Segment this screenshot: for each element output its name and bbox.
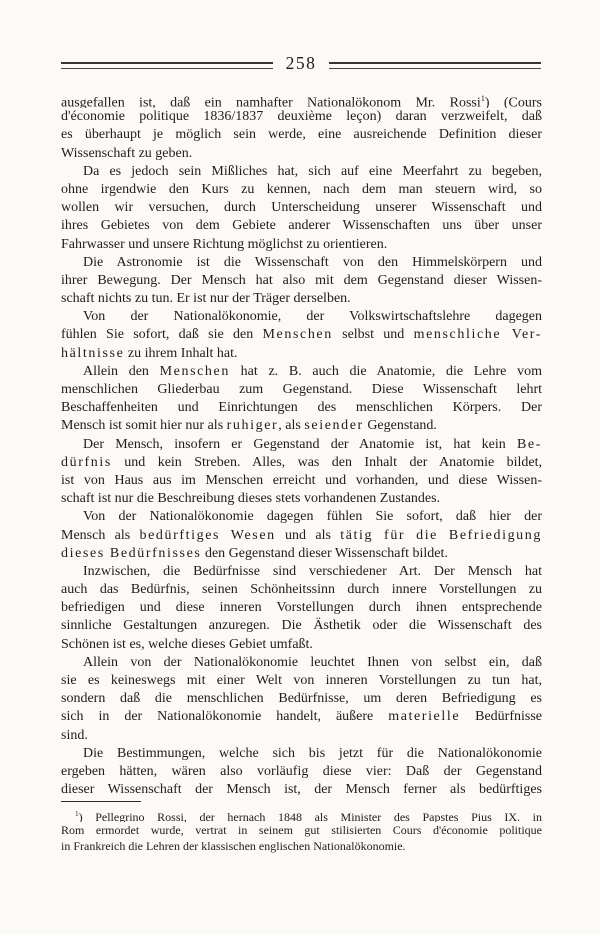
text-segment: Der Mensch, insofern er Gegenstand der A… xyxy=(83,437,517,452)
text-segment: und kein Streben. Alles, was den Inhalt … xyxy=(112,455,542,470)
running-head: 258 xyxy=(61,54,541,76)
text-line: Schönen ist es, welche dieses Gebiet umf… xyxy=(61,636,542,654)
text-segment: ausgefallen ist, daß ein namhafter Natio… xyxy=(61,96,481,109)
paragraph: 1) Pellegrino Rossi, der hernach 1848 al… xyxy=(61,806,542,855)
letterspaced-text: bedürftiges Wesen xyxy=(140,528,276,543)
text-segment: es überhaupt je möglich sein werde, eine… xyxy=(61,127,542,142)
text-segment: ihres Gebietes von dem Gebiete anderer W… xyxy=(61,218,542,233)
text-segment: ) (Cours xyxy=(485,96,542,109)
paragraph: Der Mensch, insofern er Gegenstand der A… xyxy=(61,436,542,509)
text-segment: und als xyxy=(276,528,341,543)
letterspaced-text: tätig für die Befriedigung xyxy=(340,528,542,543)
paragraph: ausgefallen ist, daß ein namhafter Natio… xyxy=(61,90,542,163)
text-segment: Beschaffenheiten und Einrichtungen des m… xyxy=(61,400,542,415)
text-segment: menschlichen Gliederbau zum Gegenstand. … xyxy=(61,382,542,397)
paragraph: Inzwischen, die Bedürfnisse sind verschi… xyxy=(61,563,542,654)
text-line: Da es jedoch sein Mißliches hat, sich au… xyxy=(61,163,542,181)
text-segment: Wissenschaft zu geben. xyxy=(61,146,192,161)
text-segment: den Gegenstand dieser Wissenschaft bilde… xyxy=(201,546,447,561)
text-segment: ihrer Bewegung. Der Mensch hat also mit … xyxy=(61,273,542,288)
text-line: dieses Bedürfnisses den Gegenstand diese… xyxy=(61,545,542,563)
letterspaced-text: materielle xyxy=(388,709,460,724)
text-segment: Da es jedoch sein Mißliches hat, sich au… xyxy=(83,164,542,179)
paragraph: Die Astronomie ist die Wissenschaft von … xyxy=(61,254,542,309)
text-line: Fahrwasser und unsere Richtung möglichst… xyxy=(61,236,542,254)
text-line: Von der Nationalökonomie, der Volkswirts… xyxy=(61,308,542,326)
text-line: sinnliche Gestaltungen anzuregen. Die Äs… xyxy=(61,617,542,635)
text-line: Beschaffenheiten und Einrichtungen des m… xyxy=(61,399,542,417)
text-line: Rom ermordet wurde, vertrat in seinem gu… xyxy=(61,822,542,838)
paragraph: Da es jedoch sein Mißliches hat, sich au… xyxy=(61,163,542,254)
letterspaced-text: ruhiger xyxy=(227,418,279,433)
text-segment: Gegenstand. xyxy=(364,418,437,433)
letterspaced-text: Be- xyxy=(517,437,542,452)
text-segment: Bedürfnisse xyxy=(460,709,542,724)
text-segment: zu ihrem Inhalt hat. xyxy=(124,346,237,361)
text-line: sich in der Nationalökonomie handelt, äu… xyxy=(61,708,542,726)
header-rule-left xyxy=(61,62,273,69)
page-number: 258 xyxy=(286,55,317,75)
text-line: schaft nichts zu tun. Er ist nur der Trä… xyxy=(61,290,542,308)
text-segment: Fahrwasser und unsere Richtung möglichst… xyxy=(61,237,387,252)
text-line: hältnisse zu ihrem Inhalt hat. xyxy=(61,345,542,363)
letterspaced-text: dürfnis xyxy=(61,455,112,470)
paragraph: Von der Nationalökonomie, der Volkswirts… xyxy=(61,308,542,363)
text-line: schaft ist nur die Beschreibung dieses s… xyxy=(61,490,542,508)
text-line: sondern daß die menschlichen Bedürfnisse… xyxy=(61,690,542,708)
text-segment: Schönen ist es, welche dieses Gebiet umf… xyxy=(61,637,313,652)
text-line: fühlen Sie sofort, daß sie den Menschen … xyxy=(61,326,542,344)
text-segment: sinnliche Gestaltungen anzuregen. Die Äs… xyxy=(61,618,542,633)
text-line: ergeben hätten, wären also vorläufig die… xyxy=(61,763,542,781)
book-page: 258 ausgefallen ist, daß ein namhafter N… xyxy=(0,0,600,935)
text-segment: ist von Haus aus im Menschen erreicht un… xyxy=(61,473,542,488)
text-segment: befriedigen und diese inneren Vorstellun… xyxy=(61,600,542,615)
text-line: 1) Pellegrino Rossi, der hernach 1848 al… xyxy=(61,806,542,822)
text-line: menschlichen Gliederbau zum Gegenstand. … xyxy=(61,381,542,399)
text-line: sind. xyxy=(61,727,542,745)
text-line: Mensch ist somit hier nur als ruhiger, a… xyxy=(61,417,542,435)
letterspaced-text: dieses Bedürfnisses xyxy=(61,546,201,561)
text-line: Von der Nationalökonomie dagegen fühlen … xyxy=(61,508,542,526)
text-segment: schaft nichts zu tun. Er ist nur der Trä… xyxy=(61,291,351,306)
text-segment: sind. xyxy=(61,728,88,743)
text-line: Inzwischen, die Bedürfnisse sind verschi… xyxy=(61,563,542,581)
text-line: sie es keineswegs mit einer Welt von inn… xyxy=(61,672,542,690)
text-segment: ohne irgendwie den Kurs zu kennen, nach … xyxy=(61,182,542,197)
text-line: ausgefallen ist, daß ein namhafter Natio… xyxy=(61,90,542,108)
text-line: dürfnis und kein Streben. Alles, was den… xyxy=(61,454,542,472)
text-line: ihres Gebietes von dem Gebiete anderer W… xyxy=(61,217,542,235)
text-line: Die Bestimmungen, welche sich bis jetzt … xyxy=(61,745,542,763)
paragraph: Allein von der Nationalökonomie leuchtet… xyxy=(61,654,542,745)
text-segment: Die Astronomie ist die Wissenschaft von … xyxy=(83,255,542,270)
footnote-separator xyxy=(61,801,141,802)
text-segment: Rom ermordet wurde, vertrat in seinem gu… xyxy=(61,823,542,837)
letterspaced-text: hältnisse xyxy=(61,346,124,361)
text-segment: auch das Bedürfnis, seinen Schönheitssin… xyxy=(61,582,542,597)
text-line: es überhaupt je möglich sein werde, eine… xyxy=(61,126,542,144)
text-line: Wissenschaft zu geben. xyxy=(61,145,542,163)
text-line: d'économie politique 1836/1837 deuxième … xyxy=(61,108,542,126)
text-line: Die Astronomie ist die Wissenschaft von … xyxy=(61,254,542,272)
text-line: Allein den Menschen hat z. B. auch die A… xyxy=(61,363,542,381)
letterspaced-text: menschliche Ver- xyxy=(414,327,542,342)
text-line: ihrer Bewegung. Der Mensch hat also mit … xyxy=(61,272,542,290)
footnote: 1) Pellegrino Rossi, der hernach 1848 al… xyxy=(61,806,542,855)
text-segment: Von der Nationalökonomie dagegen fühlen … xyxy=(83,509,542,524)
paragraph: Von der Nationalökonomie dagegen fühlen … xyxy=(61,508,542,563)
text-line: auch das Bedürfnis, seinen Schönheitssin… xyxy=(61,581,542,599)
text-segment: sondern daß die menschlichen Bedürfnisse… xyxy=(61,691,542,706)
text-segment: Allein von der Nationalökonomie leuchtet… xyxy=(83,655,542,670)
letterspaced-text: seiender xyxy=(304,418,363,433)
text-line: wollen wir versuchen, durch Unterscheidu… xyxy=(61,199,542,217)
text-segment: Mensch ist somit hier nur als xyxy=(61,418,227,433)
text-line: ist von Haus aus im Menschen erreicht un… xyxy=(61,472,542,490)
text-segment: wollen wir versuchen, durch Unterscheidu… xyxy=(61,200,542,215)
text-segment: , als xyxy=(278,418,304,433)
body-text: ausgefallen ist, daß ein namhafter Natio… xyxy=(61,90,542,799)
text-segment: schaft ist nur die Beschreibung dieses s… xyxy=(61,491,440,506)
letterspaced-text: Menschen xyxy=(160,364,230,379)
text-segment: hat z. B. auch die Anatomie, die Lehre v… xyxy=(230,364,542,379)
text-segment: dieser Wissenschaft der Mensch ist, der … xyxy=(61,782,542,797)
text-segment: Mensch als xyxy=(61,528,140,543)
text-line: in Frankreich die Lehren der klassischen… xyxy=(61,838,542,854)
paragraph: Allein den Menschen hat z. B. auch die A… xyxy=(61,363,542,436)
text-segment: d'économie politique 1836/1837 deuxième … xyxy=(61,109,542,124)
text-segment: ) Pellegrino Rossi, der hernach 1848 als… xyxy=(79,810,542,822)
text-segment: sie es keineswegs mit einer Welt von inn… xyxy=(61,673,542,688)
text-line: befriedigen und diese inneren Vorstellun… xyxy=(61,599,542,617)
text-segment: Inzwischen, die Bedürfnisse sind verschi… xyxy=(83,564,542,579)
text-line: Der Mensch, insofern er Gegenstand der A… xyxy=(61,436,542,454)
text-segment: Die Bestimmungen, welche sich bis jetzt … xyxy=(83,746,542,761)
text-segment: in Frankreich die Lehren der klassischen… xyxy=(61,839,406,853)
text-line: Mensch als bedürftiges Wesen und als tät… xyxy=(61,527,542,545)
text-line: ohne irgendwie den Kurs zu kennen, nach … xyxy=(61,181,542,199)
header-rule-right xyxy=(329,62,541,69)
text-segment: Von der Nationalökonomie, der Volkswirts… xyxy=(83,309,542,324)
text-segment: fühlen Sie sofort, daß sie den xyxy=(61,327,263,342)
paragraph: Die Bestimmungen, welche sich bis jetzt … xyxy=(61,745,542,800)
text-segment: ergeben hätten, wären also vorläufig die… xyxy=(61,764,542,779)
text-segment: selbst und xyxy=(333,327,414,342)
text-segment: sich in der Nationalökonomie handelt, äu… xyxy=(61,709,388,724)
text-segment: Allein den xyxy=(83,364,160,379)
text-line: Allein von der Nationalökonomie leuchtet… xyxy=(61,654,542,672)
letterspaced-text: Menschen xyxy=(263,327,333,342)
text-line: dieser Wissenschaft der Mensch ist, der … xyxy=(61,781,542,799)
